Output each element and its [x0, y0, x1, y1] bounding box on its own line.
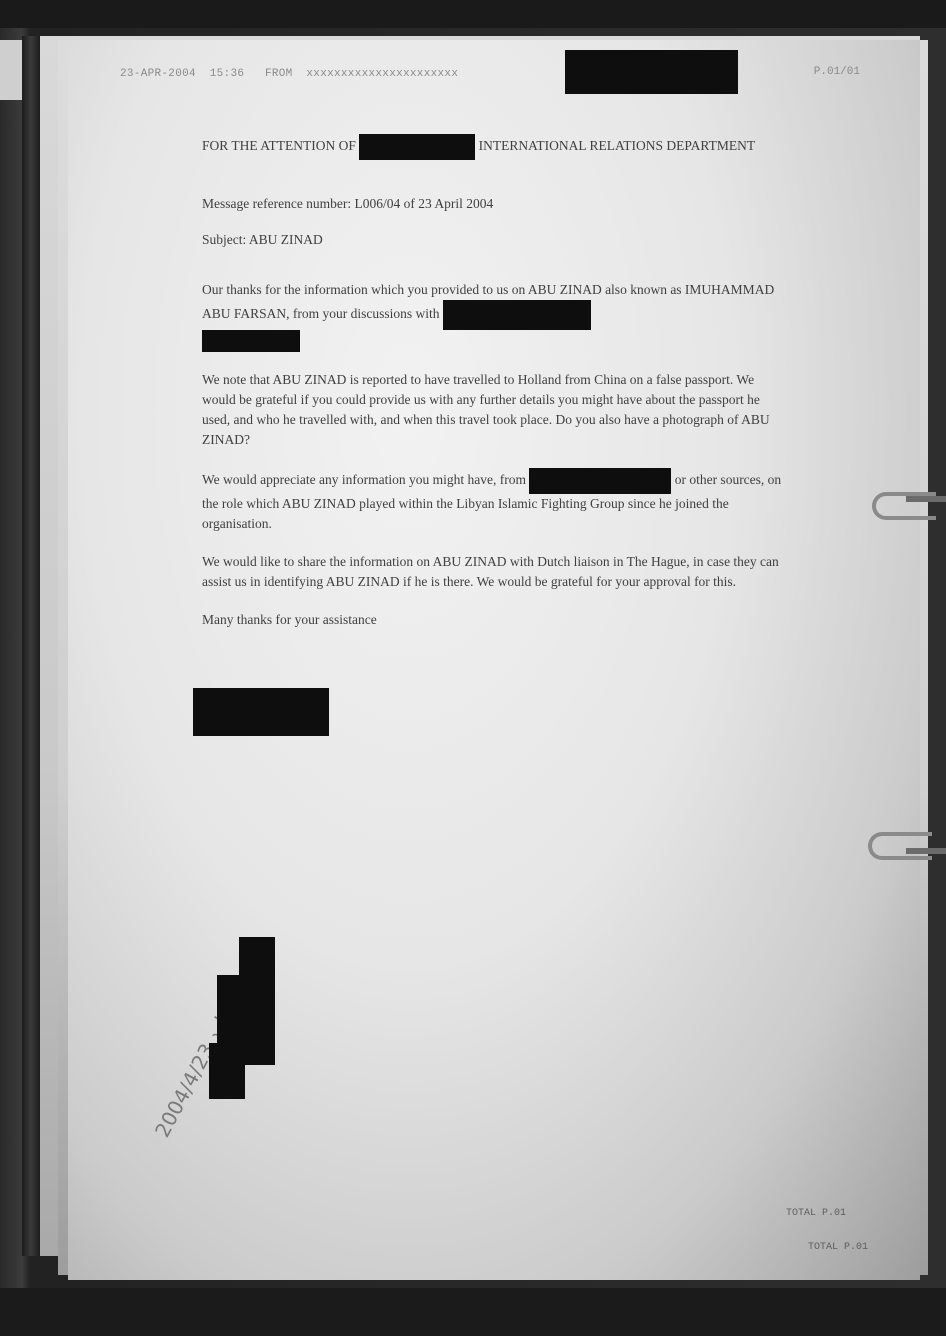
- paragraph-4: We would like to share the information o…: [202, 552, 784, 592]
- closing-line: Many thanks for your assistance: [202, 610, 784, 630]
- attention-prefix: FOR THE ATTENTION OF: [202, 138, 356, 153]
- message-reference: Message reference number: L006/04 of 23 …: [202, 194, 784, 214]
- letter-body: FOR THE ATTENTION OF INTERNATIONAL RELAT…: [202, 134, 784, 648]
- footer-total-2: TOTAL P.01: [808, 1242, 868, 1253]
- paragraph-3: We would appreciate any information you …: [202, 468, 784, 534]
- signature-redaction: [193, 688, 329, 736]
- binder-edge: [0, 40, 22, 100]
- attention-line: FOR THE ATTENTION OF INTERNATIONAL RELAT…: [202, 134, 784, 160]
- fax-from-value: xxxxxxxxxxxxxxxxxxxxxx: [306, 68, 458, 80]
- fax-time: 15:36: [210, 68, 245, 80]
- fax-page: 23-APR-2004 15:36 FROM xxxxxxxxxxxxxxxxx…: [68, 40, 920, 1280]
- fax-header: 23-APR-2004 15:36 FROM xxxxxxxxxxxxxxxxx…: [120, 68, 458, 80]
- binder-ring: [868, 832, 932, 860]
- redaction-block: [202, 330, 300, 352]
- fax-date: 23-APR-2004: [120, 68, 196, 80]
- stamp-redaction: [209, 1043, 245, 1099]
- fax-page-number: P.01/01: [814, 66, 860, 78]
- paragraph-1: Our thanks for the information which you…: [202, 280, 784, 352]
- table-surface: [0, 1288, 946, 1336]
- redaction-block: [565, 50, 738, 94]
- binder-ring-bar: [906, 848, 946, 854]
- attention-suffix: INTERNATIONAL RELATIONS DEPARTMENT: [479, 138, 755, 153]
- fax-from-label: FROM: [265, 68, 293, 80]
- paragraph-3-text-a: We would appreciate any information you …: [202, 472, 526, 487]
- footer-total-1: TOTAL P.01: [786, 1208, 846, 1219]
- redaction-block: [529, 468, 671, 494]
- binder-ring-bar: [906, 496, 946, 502]
- redaction-block: [443, 300, 591, 330]
- binder-spine: [22, 36, 40, 1256]
- subject-line: Subject: ABU ZINAD: [202, 230, 784, 250]
- paragraph-2: We note that ABU ZINAD is reported to ha…: [202, 370, 784, 450]
- redaction-block: [359, 134, 475, 160]
